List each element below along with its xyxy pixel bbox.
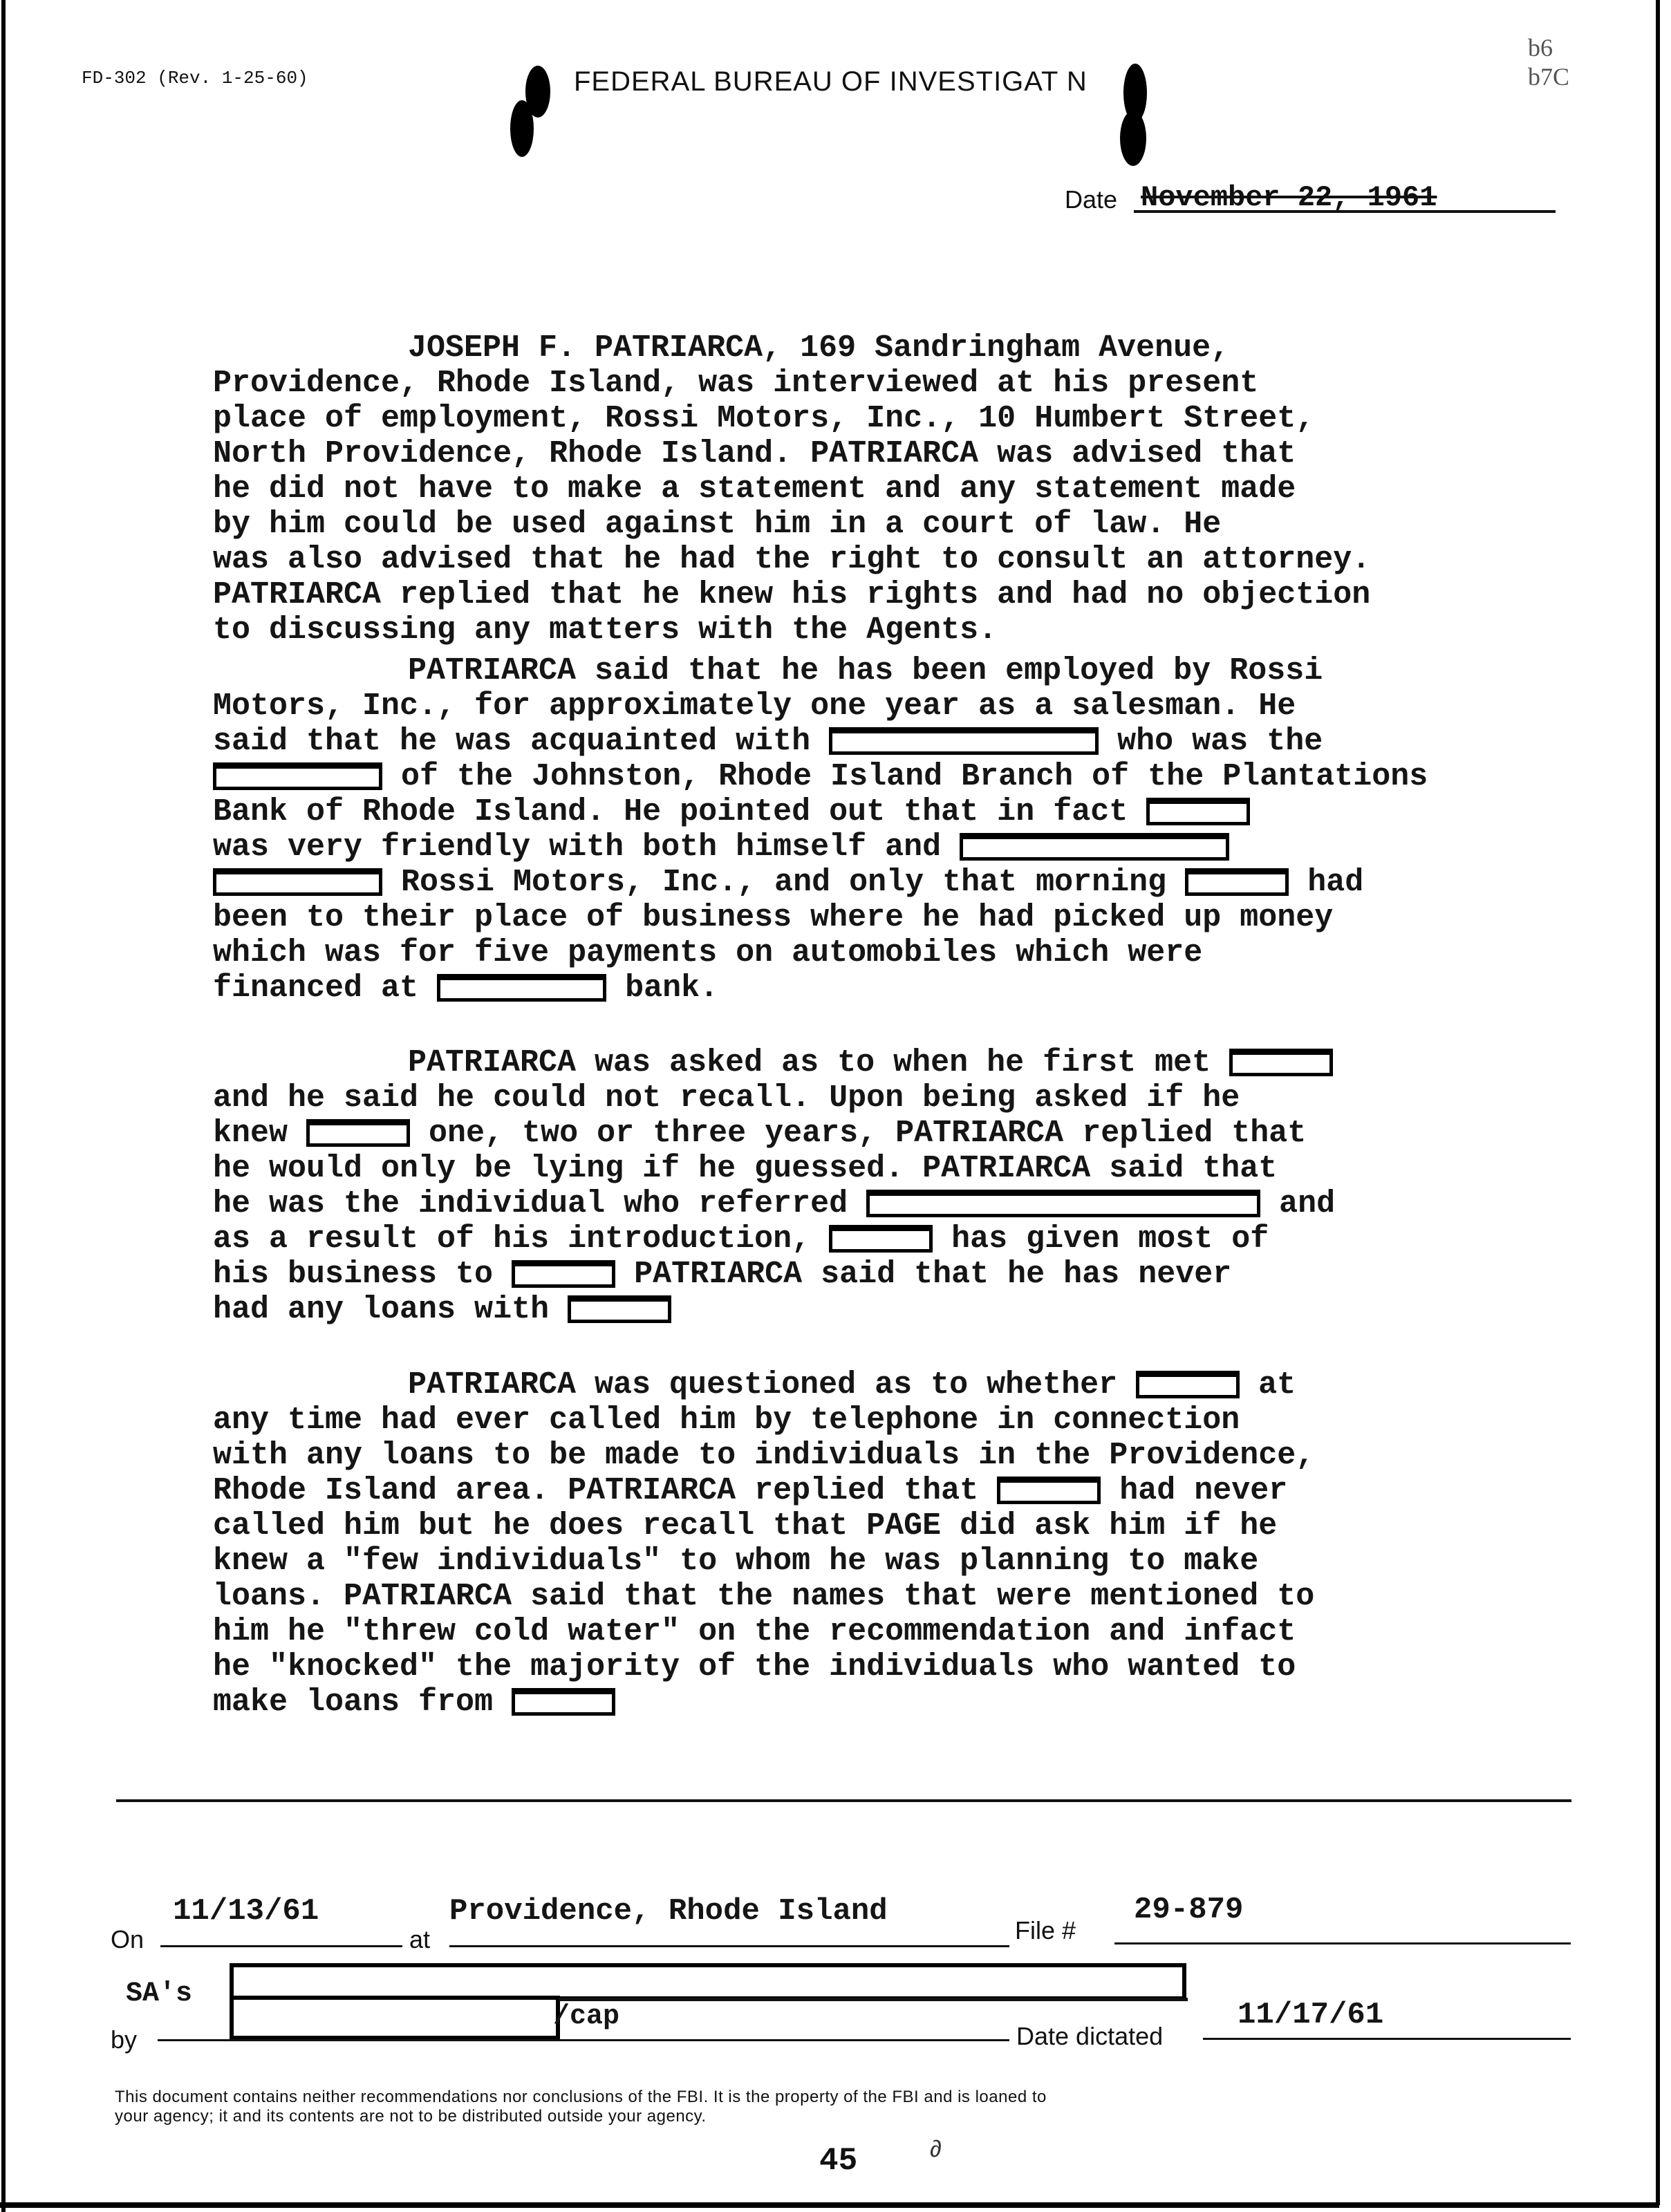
typed-text: called him but he does recall that PAGE … [213, 1508, 1277, 1544]
redaction-box [213, 762, 382, 790]
exemption-code-b6: b6 [1528, 33, 1553, 62]
footer-separator [116, 1799, 1571, 1802]
page-right-edge [1656, 0, 1660, 2205]
typed-line: he did not have to make a statement and … [213, 471, 1528, 507]
typed-line: Providence, Rhode Island, was interviewe… [213, 366, 1528, 401]
redaction-box [829, 1225, 933, 1253]
typed-line: Rossi Motors, Inc., and only that mornin… [213, 865, 1528, 900]
interview-date-value: 11/13/61 [173, 1894, 319, 1929]
redaction-box [437, 974, 606, 1002]
typed-text: North Providence, Rhode Island. PATRIARC… [213, 436, 1296, 471]
typed-text: Motors, Inc., for approximately one year… [213, 688, 1296, 724]
typed-line: to discussing any matters with the Agent… [213, 612, 1528, 648]
typed-line: knew a "few individuals" to whom he was … [213, 1544, 1528, 1579]
special-agents-label: SA's [126, 1978, 192, 2009]
typed-line: and he said he could not recall. Upon be… [213, 1080, 1528, 1116]
fd302-document-page: FD-302 (Rev. 1-25-60) FEDERAL BUREAU OF … [0, 0, 1671, 2212]
redaction-box [829, 727, 1099, 755]
on-label: On [111, 1925, 144, 1954]
page-number: 45 [819, 2143, 857, 2179]
typed-text: and he said he could not recall. Upon be… [213, 1080, 1240, 1116]
file-number-value: 29-879 [1134, 1893, 1243, 1927]
paragraph-employment: PATRIARCA said that he has been employed… [214, 653, 1528, 1006]
typed-line: by him could be used against him in a co… [213, 507, 1528, 542]
disclaimer-line-1: This document contains neither recommend… [115, 2088, 1047, 2107]
typed-line: PATRIARCA replied that he knew his right… [213, 577, 1528, 612]
typed-line: said that he was acquainted with who was… [213, 724, 1528, 759]
date-dictated-value: 11/17/61 [1238, 1998, 1383, 2032]
paragraph-first-met: PATRIARCA was asked as to when he first … [214, 1045, 1528, 1327]
redaction-box [1146, 798, 1250, 825]
typed-text: Rossi Motors, Inc., and only that mornin… [382, 865, 1185, 900]
redaction-blot-left-bottom [510, 100, 534, 157]
typed-text: place of employment, Rossi Motors, Inc.,… [213, 401, 1314, 436]
typed-text: been to their place of business where he… [213, 900, 1333, 935]
page-left-edge [1, 0, 6, 2212]
redacted-agent-names-1 [230, 1963, 1186, 2000]
redaction-box [512, 1688, 615, 1716]
date-dictated-label: Date dictated [1016, 2022, 1163, 2051]
typed-line: knew one, two or three years, PATRIARCA … [213, 1116, 1528, 1151]
typed-line: JOSEPH F. PATRIARCA, 169 Sandringham Ave… [214, 330, 1528, 366]
typed-line: him he "threw cold water" on the recomme… [213, 1614, 1528, 1649]
paragraph-interview-intro: JOSEPH F. PATRIARCA, 169 Sandringham Ave… [214, 330, 1528, 648]
redaction-box [960, 833, 1229, 861]
typed-text: by him could be used against him in a co… [213, 507, 1221, 542]
redaction-box [512, 1260, 615, 1288]
at-underline [449, 1945, 1009, 1947]
typed-text: any time had ever called him by telephon… [213, 1403, 1240, 1438]
typed-text: he "knocked" the majority of the individ… [213, 1649, 1296, 1685]
typed-line: Bank of Rhode Island. He pointed out tha… [213, 794, 1528, 829]
redaction-blot-right-bottom [1120, 111, 1146, 166]
typed-text: PATRIARCA was questioned as to whether [408, 1367, 1136, 1403]
page-bottom-edge [0, 2202, 1659, 2208]
typed-text: JOSEPH F. PATRIARCA, 169 Sandringham Ave… [408, 330, 1229, 366]
date-dictated-underline [1203, 2038, 1571, 2040]
redaction-box [568, 1295, 671, 1323]
typed-text: which was for five payments on automobil… [213, 935, 1202, 971]
agent-box-divider [559, 1998, 1188, 2001]
exemption-code-b7c: b7C [1528, 62, 1569, 91]
typed-line: of the Johnston, Rhode Island Branch of … [213, 759, 1528, 794]
date-value: November 22, 1961 [1141, 181, 1437, 214]
redaction-box [1229, 1049, 1333, 1076]
typed-text: was also advised that he had the right t… [213, 542, 1370, 577]
typed-text: he was the individual who referred [213, 1186, 866, 1221]
disclaimer-line-2: your agency; it and its contents are not… [115, 2107, 1047, 2126]
typed-text: PATRIARCA said that he has been employed… [408, 653, 1323, 688]
typed-line: PATRIARCA was asked as to when he first … [214, 1045, 1528, 1080]
typed-line: Motors, Inc., for approximately one year… [213, 688, 1528, 724]
typed-line: financed at bank. [213, 971, 1528, 1006]
typed-text: with any loans to be made to individuals… [213, 1438, 1314, 1473]
redaction-box [306, 1119, 410, 1147]
typed-line: he "knocked" the majority of the individ… [213, 1649, 1528, 1685]
redacted-agent-names-2 [230, 1996, 560, 2040]
typed-text: one, two or three years, PATRIARCA repli… [410, 1116, 1306, 1151]
file-number-label: File # [1015, 1916, 1076, 1945]
typist-initials: /cap [553, 2001, 619, 2032]
typed-line: Rhode Island area. PATRIARCA replied tha… [213, 1473, 1528, 1508]
typed-text: Providence, Rhode Island, was interviewe… [213, 366, 1258, 401]
typed-text: Rhode Island area. PATRIARCA replied tha… [213, 1473, 997, 1508]
typed-line: his business to PATRIARCA said that he h… [213, 1257, 1528, 1292]
typed-line: he would only be lying if he guessed. PA… [213, 1151, 1528, 1186]
typed-text: as a result of his introduction, [213, 1221, 829, 1257]
typed-line: PATRIARCA said that he has been employed… [214, 653, 1528, 688]
typed-line: was very friendly with both himself and [213, 829, 1528, 865]
file-number-underline [1114, 1942, 1571, 1944]
typed-line: place of employment, Rossi Motors, Inc.,… [213, 401, 1528, 436]
typed-text: had any loans with [213, 1292, 568, 1327]
by-underline [158, 2039, 1009, 2041]
typed-line: called him but he does recall that PAGE … [213, 1508, 1528, 1544]
typed-line: been to their place of business where he… [213, 900, 1528, 935]
fbi-disclaimer: This document contains neither recommend… [115, 2088, 1047, 2126]
typed-text: PATRIARCA said that he has never [615, 1257, 1231, 1292]
typed-text: to discussing any matters with the Agent… [213, 612, 997, 648]
typed-text: and [1260, 1186, 1335, 1221]
typed-line: was also advised that he had the right t… [213, 542, 1528, 577]
paragraph-loans: PATRIARCA was questioned as to whether a… [214, 1367, 1528, 1720]
typed-text: PATRIARCA replied that he knew his right… [213, 577, 1370, 612]
on-underline [160, 1945, 402, 1947]
typed-line: with any loans to be made to individuals… [213, 1438, 1528, 1473]
by-label: by [111, 2025, 137, 2054]
typed-text: at [1240, 1367, 1296, 1403]
typed-text: make loans from [213, 1685, 512, 1720]
typed-line: make loans from [213, 1685, 1528, 1720]
redaction-box [997, 1477, 1101, 1504]
typed-line: had any loans with [213, 1292, 1528, 1327]
typed-text: has given most of [933, 1221, 1269, 1257]
at-label: at [409, 1925, 430, 1954]
typed-text: had never [1101, 1473, 1287, 1508]
typed-line: any time had ever called him by telephon… [213, 1403, 1528, 1438]
typed-text: he would only be lying if he guessed. PA… [213, 1151, 1277, 1186]
typed-text: he did not have to make a statement and … [213, 471, 1296, 507]
typed-text: was very friendly with both himself and [213, 829, 960, 865]
typed-line: North Providence, Rhode Island. PATRIARC… [213, 436, 1528, 471]
redaction-box [1185, 868, 1289, 896]
typed-text: him he "threw cold water" on the recomme… [213, 1614, 1296, 1649]
redaction-box [866, 1190, 1260, 1217]
typed-text: PATRIARCA was asked as to when he first … [408, 1045, 1229, 1080]
typed-text: knew [213, 1116, 306, 1151]
redaction-box [1136, 1371, 1240, 1398]
typed-text: had [1289, 865, 1363, 900]
typed-text: of the Johnston, Rhode Island Branch of … [382, 759, 1428, 794]
typed-line: as a result of his introduction, has giv… [213, 1221, 1528, 1257]
typed-line: he was the individual who referred and [213, 1186, 1528, 1221]
form-id: FD-302 (Rev. 1-25-60) [82, 68, 308, 88]
handwritten-margin-mark: ∂ [930, 2136, 942, 2163]
location-value: Providence, Rhode Island [449, 1894, 888, 1929]
typed-line: loans. PATRIARCA said that the names tha… [213, 1579, 1528, 1614]
typed-text: bank. [606, 971, 718, 1006]
typed-text: financed at [213, 971, 437, 1006]
typed-text: loans. PATRIARCA said that the names tha… [213, 1579, 1314, 1614]
typed-line: PATRIARCA was questioned as to whether a… [214, 1367, 1528, 1403]
typed-text: his business to [213, 1257, 512, 1292]
agency-title: FEDERAL BUREAU OF INVESTIGAT N [574, 66, 1087, 97]
typed-text: Bank of Rhode Island. He pointed out tha… [213, 794, 1146, 829]
typed-line: which was for five payments on automobil… [213, 935, 1528, 971]
redaction-box [213, 868, 382, 896]
date-label: Date [1065, 185, 1117, 214]
typed-text: knew a "few individuals" to whom he was … [213, 1544, 1258, 1579]
typed-text: said that he was acquainted with [213, 724, 829, 759]
typed-text: who was the [1099, 724, 1323, 759]
